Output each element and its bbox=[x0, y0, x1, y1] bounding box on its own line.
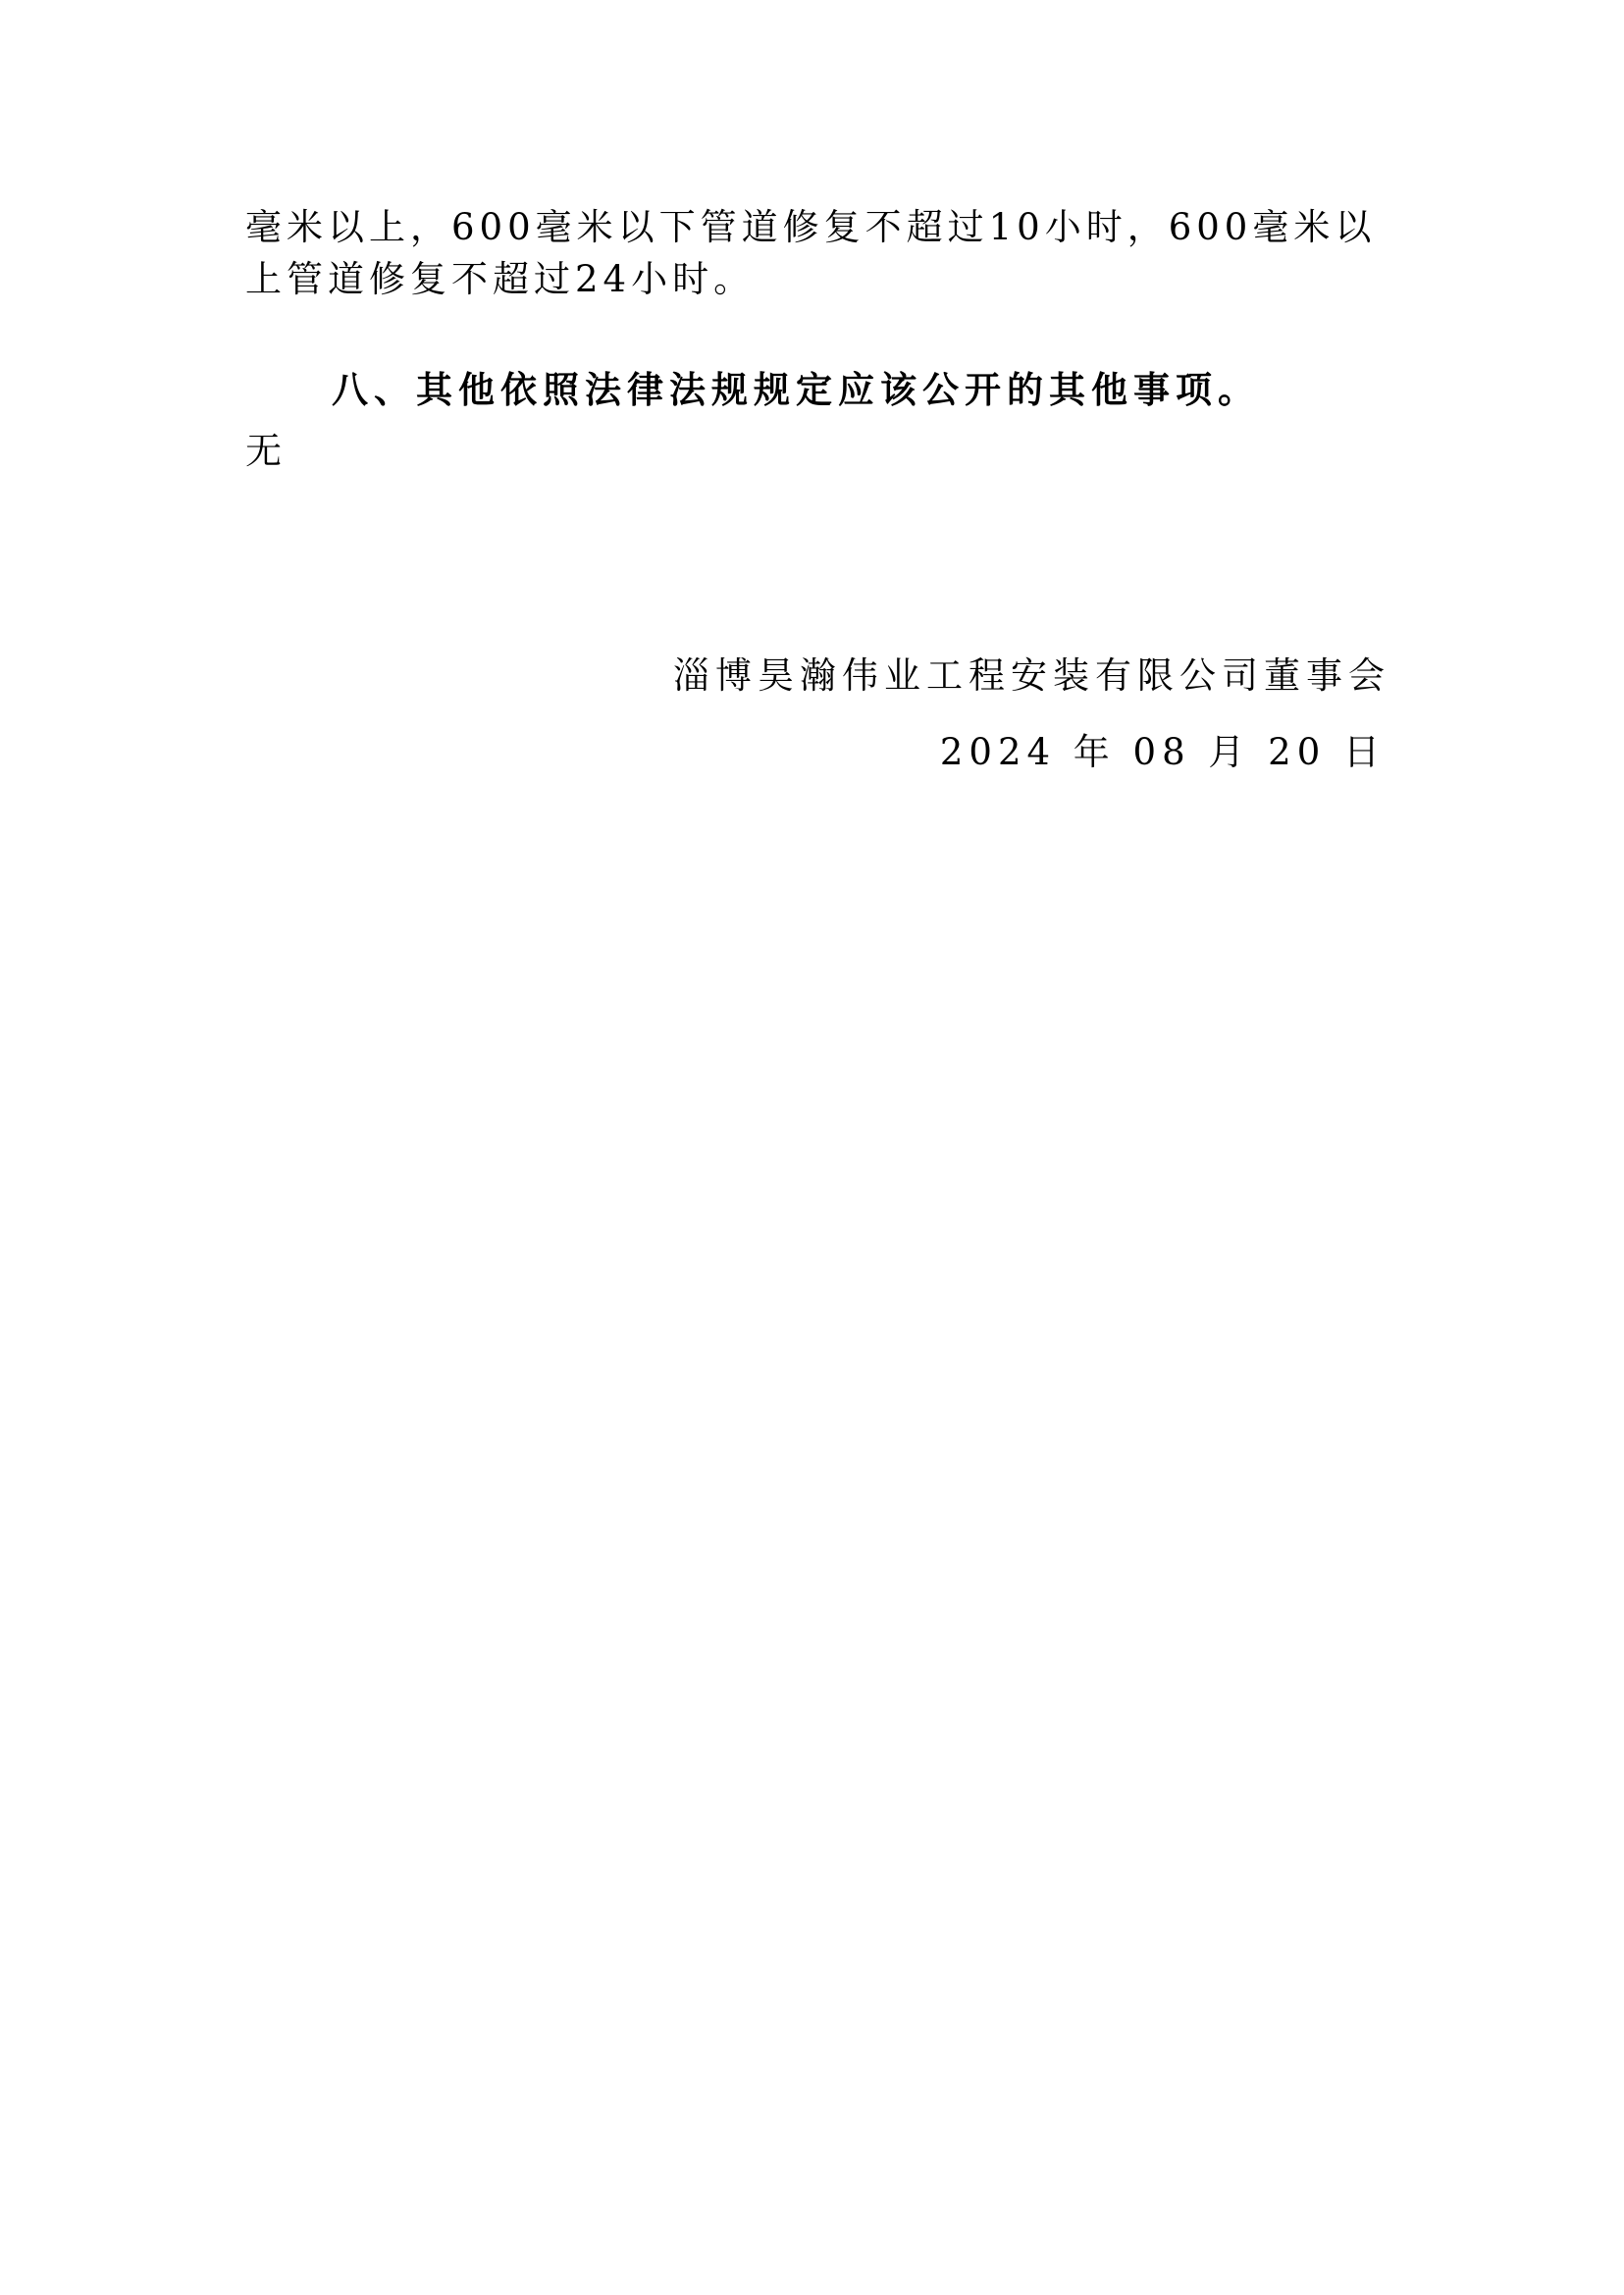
section-8-body: 无 bbox=[245, 428, 287, 475]
paragraph-line-1: 毫米以上，600毫米以下管道修复不超过10小时，600毫米以 bbox=[245, 204, 1376, 251]
document-page: 毫米以上，600毫米以下管道修复不超过10小时，600毫米以 上管道修复不超过2… bbox=[0, 0, 1624, 2295]
signature-date: 2024 年 08 月 20 日 bbox=[940, 729, 1386, 776]
section-8-heading: 八、其他依照法律法规规定应该公开的其他事项。 bbox=[332, 367, 1260, 414]
signature-organization: 淄博昊瀚伟业工程安装有限公司董事会 bbox=[673, 652, 1390, 700]
paragraph-line-2: 上管道修复不超过24小时。 bbox=[245, 256, 755, 303]
